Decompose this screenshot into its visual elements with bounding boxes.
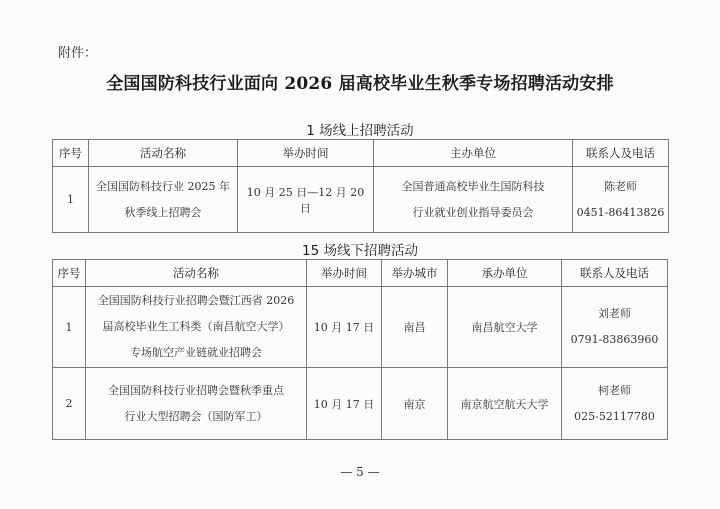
offline-events-table: 序号 活动名称 举办时间 举办城市 承办单位 联系人及电话 1 全国国防科技行业…: [52, 259, 668, 440]
event-host: 南昌航空大学: [448, 287, 562, 368]
contact-phone: 025-52117780: [564, 404, 665, 430]
header-city: 举办城市: [382, 260, 448, 287]
contact-phone: 0791-83863960: [564, 327, 665, 353]
header-event-name: 活动名称: [86, 260, 307, 287]
online-events-table: 序号 活动名称 举办时间 主办单位 联系人及电话 1 全国国防科技行业 2025…: [52, 139, 669, 233]
header-time: 举办时间: [238, 140, 374, 167]
event-time: 10 月 17 日: [307, 368, 382, 440]
table-row: 2 全国国防科技行业招聘会暨秋季重点 行业大型招聘会（国防军工） 10 月 17…: [53, 368, 668, 440]
contact: 柯老师 025-52117780: [562, 368, 668, 440]
event-city: 南京: [382, 368, 448, 440]
event-name: 全国国防科技行业招聘会暨秋季重点 行业大型招聘会（国防军工）: [86, 368, 307, 440]
table-header-row: 序号 活动名称 举办时间 举办城市 承办单位 联系人及电话: [53, 260, 668, 287]
row-no: 1: [53, 167, 89, 233]
event-name-line: 届高校毕业生工科类（南昌航空大学）: [88, 314, 304, 340]
online-section-title: 1 场线上招聘活动: [0, 119, 720, 139]
event-time: 10 月 25 日—12 月 20 日: [238, 167, 374, 233]
event-name-line: 全国国防科技行业招聘会暨秋季重点: [88, 378, 304, 404]
row-no: 1: [53, 287, 86, 368]
organizer: 全国普通高校毕业生国防科技 行业就业创业指导委员会: [374, 167, 573, 233]
offline-section-title: 15 场线下招聘活动: [0, 239, 720, 259]
contact: 陈老师 0451-86413826: [573, 167, 669, 233]
event-name-line: 专场航空产业链就业招聘会: [88, 340, 304, 366]
attachment-label: 附件：: [58, 42, 97, 61]
event-name-line: 全国国防科技行业 2025 年: [91, 174, 235, 200]
event-name-line: 秋季线上招聘会: [91, 200, 235, 226]
contact-name: 柯老师: [564, 378, 665, 404]
header-event-name: 活动名称: [89, 140, 238, 167]
page-number: — 5 —: [0, 465, 720, 479]
table-header-row: 序号 活动名称 举办时间 主办单位 联系人及电话: [53, 140, 669, 167]
event-time: 10 月 17 日: [307, 287, 382, 368]
table-row: 1 全国国防科技行业招聘会暨江西省 2026 届高校毕业生工科类（南昌航空大学）…: [53, 287, 668, 368]
organizer-line: 行业就业创业指导委员会: [376, 200, 570, 226]
event-host: 南京航空航天大学: [448, 368, 562, 440]
event-name-line: 行业大型招聘会（国防军工）: [88, 404, 304, 430]
contact-name: 陈老师: [575, 174, 666, 200]
header-host: 承办单位: [448, 260, 562, 287]
header-contact: 联系人及电话: [562, 260, 668, 287]
contact: 刘老师 0791-83863960: [562, 287, 668, 368]
contact-phone: 0451-86413826: [575, 200, 666, 226]
row-no: 2: [53, 368, 86, 440]
header-time: 举办时间: [307, 260, 382, 287]
event-name: 全国国防科技行业 2025 年 秋季线上招聘会: [89, 167, 238, 233]
header-no: 序号: [53, 140, 89, 167]
header-no: 序号: [53, 260, 86, 287]
contact-name: 刘老师: [564, 301, 665, 327]
document-title: 全国国防科技行业面向 2026 届高校毕业生秋季专场招聘活动安排: [0, 69, 720, 94]
table-row: 1 全国国防科技行业 2025 年 秋季线上招聘会 10 月 25 日—12 月…: [53, 167, 669, 233]
event-name-line: 全国国防科技行业招聘会暨江西省 2026: [88, 288, 304, 314]
header-contact: 联系人及电话: [573, 140, 669, 167]
event-city: 南昌: [382, 287, 448, 368]
event-name: 全国国防科技行业招聘会暨江西省 2026 届高校毕业生工科类（南昌航空大学） 专…: [86, 287, 307, 368]
organizer-line: 全国普通高校毕业生国防科技: [376, 174, 570, 200]
header-organizer: 主办单位: [374, 140, 573, 167]
